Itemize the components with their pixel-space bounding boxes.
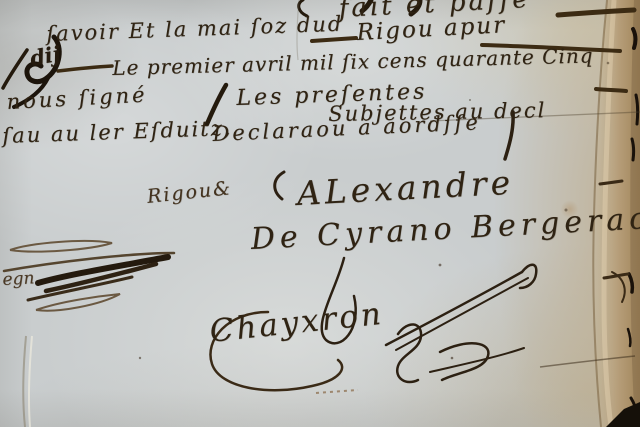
ink-dash	[58, 66, 112, 71]
manuscript-photograph: fait et paſſe ſavoir Et la mai ſoz dud R…	[0, 0, 640, 427]
ink-flourish	[275, 172, 284, 199]
edge-mark	[636, 95, 638, 124]
scribble-stroke	[10, 241, 112, 252]
paraph-flourish	[396, 278, 528, 350]
ink-flourish	[3, 50, 27, 88]
edge-mark	[632, 139, 634, 160]
margin-note: egn	[2, 268, 35, 290]
dotted-mark	[316, 390, 358, 393]
paraph-flourish	[440, 343, 488, 380]
paraph-flourish	[386, 272, 522, 345]
manuscript-line3-mark-text: dij	[28, 41, 62, 71]
ink-speck	[139, 357, 141, 359]
ink-speck	[451, 357, 454, 360]
ink-dash	[596, 89, 626, 91]
crease-line	[23, 336, 26, 427]
paraph-flourish	[520, 265, 536, 288]
crease-highlight	[29, 336, 32, 427]
ink-speck	[607, 62, 610, 65]
ink-speck	[439, 264, 442, 267]
ink-dash	[312, 38, 356, 41]
